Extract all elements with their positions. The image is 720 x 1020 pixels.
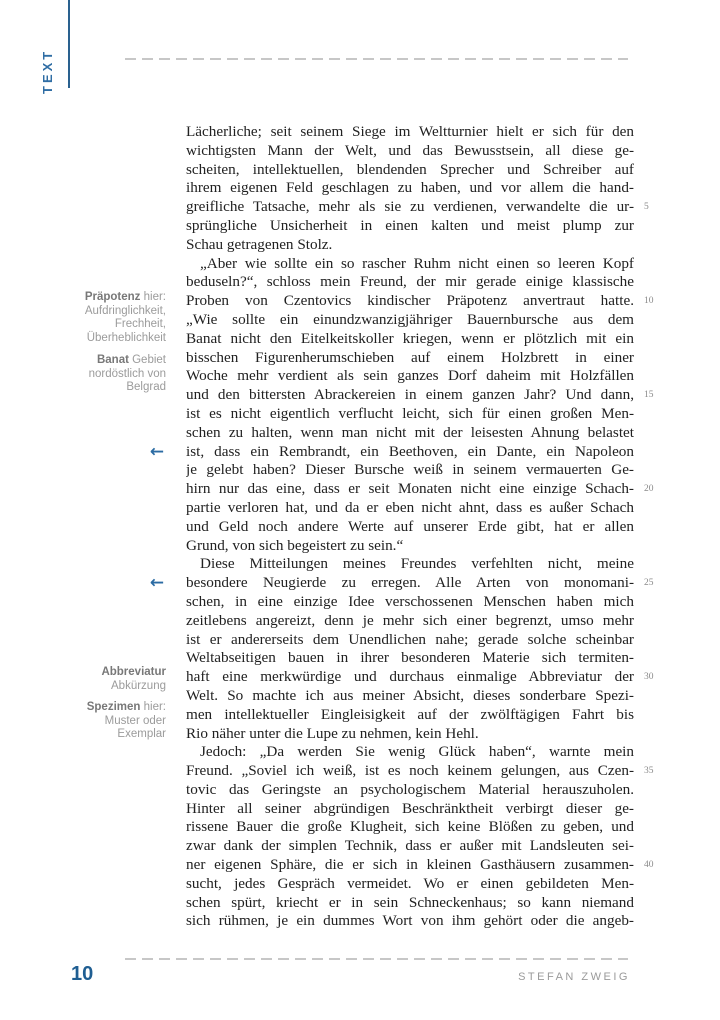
text-line: Schau getragenen Stolz. [186,236,634,255]
margin-note-term: Abbreviatur [101,666,166,678]
line-number: 30 [644,672,662,682]
margin-note-line: Aufdringlichkeit, [40,305,166,319]
text-line: Lächerliche; seit seinem Siege im Welttu… [186,123,634,142]
margin-note-line: nordöstlich von [40,368,166,382]
left-arrow-icon: ← [138,575,164,592]
body-text: Lächerliche; seit seinem Siege im Welttu… [186,123,634,931]
text-line: haft eine merkwürdige und durchaus einma… [186,668,634,687]
text-line: Woche mehr verdient als sein ganzes Dorf… [186,367,634,386]
text-line: „Wie sollte ein einundzwanzigjähriger Ba… [186,311,634,330]
text-line: ist es nicht eigentlich verflucht leicht… [186,405,634,424]
text-line: men intellektueller Eingleisigkeit auf d… [186,706,634,725]
margin-note-term: Spezimen [87,701,141,713]
text-line: ist er andererseits dem Unendlichen nahe… [186,631,634,650]
margin-note-line: Überheblichkeit [40,332,166,346]
text-line: scheiten, intellektuellen, blendenden Sp… [186,161,634,180]
book-page: TEXT Präpotenz hier: Aufdringlichkeit, F… [0,0,720,1020]
margin-note-line: Exemplar [40,728,166,742]
sidebar-vertical-rule [68,0,70,88]
text-line: und Geld noch andere Werte auf unserer E… [186,518,634,537]
margin-note-term: Banat [97,354,129,366]
text-line: zeitlebens angereizt, denn je mehr sich … [186,612,634,631]
text-line: ihrem eigenen Feld geschlagen zu haben, … [186,179,634,198]
margin-note-line: Belgrad [40,381,166,395]
text-line: „Aber wie sollte ein so rascher Ruhm nic… [186,255,634,274]
line-number: 10 [644,296,662,306]
text-line: schen, in eine einzige Idee verschossene… [186,593,634,612]
margin-note-line: Frechheit, [40,318,166,332]
text-line: Rio näher unter die Lupe zu nehmen, kein… [186,725,634,744]
text-line: tovic das Geringste an psychologischem M… [186,781,634,800]
margin-note-line: Abbreviatur [40,666,166,680]
margin-note-after-term: Gebiet [129,354,166,366]
text-line: sprüngliche Unsicherheit in einen kalten… [186,217,634,236]
bottom-dashed-rule [125,958,628,960]
top-dashed-rule [125,58,628,60]
text-line: rissene Bauer die große Klugheit, sich k… [186,818,634,837]
text-line: Welt. So machte ich aus meiner Absicht, … [186,687,634,706]
text-line: schen spürt, kriecht er in sein Schnecke… [186,894,634,913]
line-number: 25 [644,578,662,588]
margin-note-line: Muster oder [40,715,166,729]
text-line: wichtigsten Mann der Welt, und das Bewus… [186,142,634,161]
text-line: und den bittersten Abrackereien in einem… [186,386,634,405]
text-line: Freund. „Soviel ich weiß, ist es noch ke… [186,762,634,781]
text-line: Jedoch: „Da werden Sie wenig Glück haben… [186,743,634,762]
author-footer: STEFAN ZWEIG [334,971,630,983]
margin-note-abbreviatur: Abbreviatur Abkürzung [40,666,166,693]
text-line: Weltabseitigen bauen in ihrer besonderen… [186,649,634,668]
text-line: je gelebt haben? Dieser Bursche weiß in … [186,461,634,480]
text-line: Grund, von sich begeistert zu sein.“ [186,537,634,556]
text-line: partie verloren hat, und da er eben nich… [186,499,634,518]
line-number: 20 [644,484,662,494]
text-line: greifliche Tatsache, mehr als sie zu ver… [186,198,634,217]
text-line: hirn nur das eine, dass er seit Monaten … [186,480,634,499]
text-line: besondere Neugierde zu erregen. Alle Art… [186,574,634,593]
left-arrow-icon: ← [138,444,164,461]
text-line: ner eigenen Sphäre, die er sich in klein… [186,856,634,875]
margin-note-spezimen: Spezimen hier: Muster oder Exemplar [40,701,166,742]
text-line: schen zu halten, wenn man nicht mit der … [186,424,634,443]
margin-note-line: Banat Gebiet [40,354,166,368]
text-line: beduseln?“, schloss mein Freund, der mir… [186,273,634,292]
margin-note-after-term: hier: [140,291,166,303]
margin-note-line: Präpotenz hier: [40,291,166,305]
margin-note-praepotenz: Präpotenz hier: Aufdringlichkeit, Frechh… [40,291,166,345]
text-line: bisschen Figurenherumschieben auf einem … [186,349,634,368]
margin-note-banat: Banat Gebiet nordöstlich von Belgrad [40,354,166,395]
text-line: Hinter all seiner abgründigen Beschränkt… [186,800,634,819]
margin-note-line: Abkürzung [40,680,166,694]
text-line: Diese Mitteilungen meines Freundes verfe… [186,555,634,574]
text-line: Proben von Czentovics kindischer Präpote… [186,292,634,311]
line-number: 15 [644,390,662,400]
text-line: zwar dank der simplen Technik, dass er a… [186,837,634,856]
text-line: sich rühmen, je ein dummes Wort von ihm … [186,912,634,931]
margin-note-line: Spezimen hier: [40,701,166,715]
margin-note-term: Präpotenz [85,291,141,303]
page-number: 10 [71,963,93,986]
text-line: Banat nicht den Eitelkeitskoller kriegen… [186,330,634,349]
line-number: 40 [644,860,662,870]
text-line: sucht, jedes Gespräch vermeidet. Wo er e… [186,875,634,894]
sidebar-section-label: TEXT [40,40,58,94]
line-number: 5 [644,202,662,212]
line-number: 35 [644,766,662,776]
margin-note-after-term: hier: [140,701,166,713]
text-line: ist, dass ein Rembrandt, ein Beethoven, … [186,443,634,462]
